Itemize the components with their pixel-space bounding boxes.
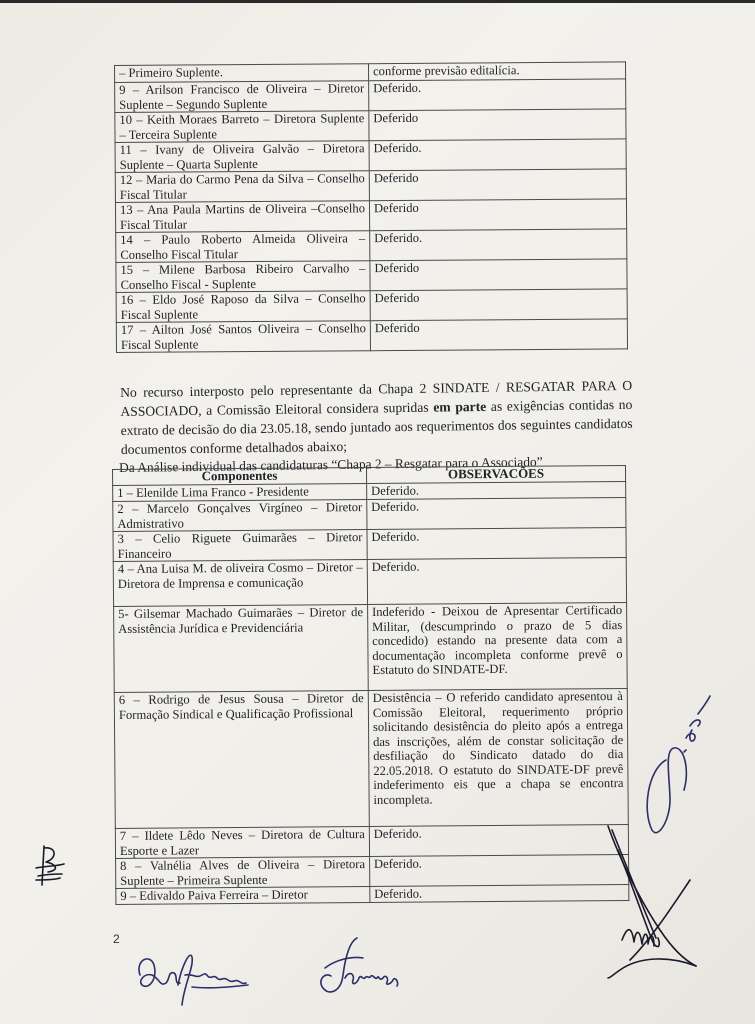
- table-cell-observation: Deferido: [370, 319, 627, 351]
- table-row: 9 – Edivaldo Paiva Ferreira – Diretor De…: [116, 884, 629, 904]
- table-cell-observation: conforme previsão editalícia.: [368, 62, 625, 81]
- table-row: 13 – Ana Paula Martins de Oliveira –Cons…: [115, 199, 626, 233]
- table-cell-observation: Deferido: [369, 169, 626, 201]
- table-cell-candidate: 17 – Ailton José Santos Oliveira – Conse…: [116, 321, 370, 353]
- table-cell-observation: Deferido.: [370, 229, 627, 261]
- column-header-componentes: Componentes: [113, 468, 367, 486]
- table-cell-candidate: 16 – Eldo José Raposo da Silva – Conselh…: [116, 291, 370, 323]
- table-row: 2 – Marcelo Gonçalves Virgíneo – Diretor…: [113, 497, 626, 531]
- table-row: 17 – Ailton José Santos Oliveira – Conse…: [116, 319, 627, 353]
- table-cell-observation: Deferido.: [369, 824, 628, 856]
- table-cell-observation: Indeferido - Deixou de Apresentar Certif…: [367, 602, 627, 690]
- candidates-table-continuation: – Primeiro Suplente. conforme previsão e…: [114, 61, 628, 353]
- table-row: 9 – Arilson Francisco de Oliveira – Dire…: [115, 79, 626, 113]
- table-row: 12 – Maria do Carmo Pena da Silva – Cons…: [115, 169, 626, 203]
- table-cell-candidate: 6 – Rodrigo de Jesus Sousa – Diretor de …: [114, 690, 369, 828]
- table-cell-candidate: 1 – Elenilde Lima Franco - Presidente: [113, 484, 367, 502]
- table-cell-observation: Deferido: [370, 259, 627, 291]
- table-cell-candidate: 14 – Paulo Roberto Almeida Oliveira – Co…: [116, 231, 370, 263]
- paragraph-bold-text: em parte: [433, 398, 486, 414]
- signature-bottom-left-icon: [130, 945, 270, 1015]
- table-cell-observation: Deferido.: [367, 497, 626, 529]
- initials-left-margin-icon: [30, 840, 70, 890]
- table-cell-observation: Deferido: [370, 289, 627, 321]
- chapa2-analysis-table: Componentes OBSERVACÕES 1 – Elenilde Lim…: [112, 465, 629, 905]
- table-cell-candidate: 8 – Valnélia Alves de Oliveira – Diretor…: [116, 856, 370, 888]
- signature-right-bottom-icon: [600, 820, 710, 980]
- table-cell-candidate: 4 – Ana Luisa M. de oliveira Cosmo – Dir…: [113, 559, 367, 606]
- table-cell-observation: Deferido.: [369, 139, 626, 171]
- table-cell-observation: Deferido: [369, 199, 626, 231]
- table-cell-candidate: 2 – Marcelo Gonçalves Virgíneo – Diretor…: [113, 500, 367, 532]
- table-cell-candidate: 7 – Ildete Lêdo Neves – Diretora de Cult…: [115, 826, 369, 858]
- table-cell-candidate: 9 – Edivaldo Paiva Ferreira – Diretor: [116, 886, 370, 903]
- table-cell-observation: Deferido.: [367, 527, 626, 559]
- table-row: 4 – Ana Luisa M. de oliveira Cosmo – Dir…: [113, 557, 626, 606]
- table-row: 16 – Eldo José Raposo da Silva – Conselh…: [116, 289, 627, 323]
- table-cell-observation: Deferido.: [369, 79, 626, 111]
- table-cell-observation: Deferido.: [367, 557, 626, 604]
- table-row: 14 – Paulo Roberto Almeida Oliveira – Co…: [116, 229, 627, 263]
- table-row: 10 – Keith Moraes Barreto – Diretora Sup…: [115, 109, 626, 143]
- appeal-paragraph: No recurso interposto pelo representante…: [120, 375, 633, 458]
- table-cell-candidate: 9 – Arilson Francisco de Oliveira – Dire…: [115, 81, 369, 113]
- table-cell-observation: Deferido.: [369, 854, 628, 886]
- table-cell-candidate: 13 – Ana Paula Martins de Oliveira –Cons…: [115, 201, 369, 233]
- document-page: – Primeiro Suplente. conforme previsão e…: [0, 0, 755, 1024]
- signature-bottom-center-icon: [305, 930, 415, 1010]
- table-cell-candidate: 11 – Ivany de Oliveira Galvão – Diretora…: [115, 141, 369, 173]
- table-row: 7 – Ildete Lêdo Neves – Diretora de Cult…: [115, 824, 628, 858]
- table-row: 3 – Celio Riguete Guimarães – Diretor Fi…: [113, 527, 626, 561]
- table-cell-candidate: 12 – Maria do Carmo Pena da Silva – Cons…: [115, 171, 369, 203]
- table-cell-observation: Deferido.: [370, 884, 629, 902]
- table-row: 6 – Rodrigo de Jesus Sousa – Diretor de …: [114, 688, 628, 828]
- signature-right-margin-icon: [640, 690, 720, 840]
- page-number: 2: [113, 932, 120, 946]
- table-row: 5- Gilsemar Machado Guimarães – Diretor …: [114, 602, 628, 692]
- table-cell-observation: Desistência – O referido candidato apres…: [368, 688, 628, 826]
- table-row: 8 – Valnélia Alves de Oliveira – Diretor…: [116, 854, 629, 888]
- table-cell-observation: Deferido: [369, 109, 626, 141]
- table-cell-candidate: 3 – Celio Riguete Guimarães – Diretor Fi…: [113, 530, 367, 562]
- table-cell-candidate: 10 – Keith Moraes Barreto – Diretora Sup…: [115, 111, 369, 143]
- table-cell-candidate: 5- Gilsemar Machado Guimarães – Diretor …: [114, 604, 369, 692]
- table-row: 15 – Milene Barbosa Ribeiro Carvalho –Co…: [116, 259, 627, 293]
- table-row: 11 – Ivany de Oliveira Galvão – Diretora…: [115, 139, 626, 173]
- table-cell-candidate: – Primeiro Suplente.: [115, 64, 369, 83]
- table-cell-candidate: 15 – Milene Barbosa Ribeiro Carvalho –Co…: [116, 261, 370, 293]
